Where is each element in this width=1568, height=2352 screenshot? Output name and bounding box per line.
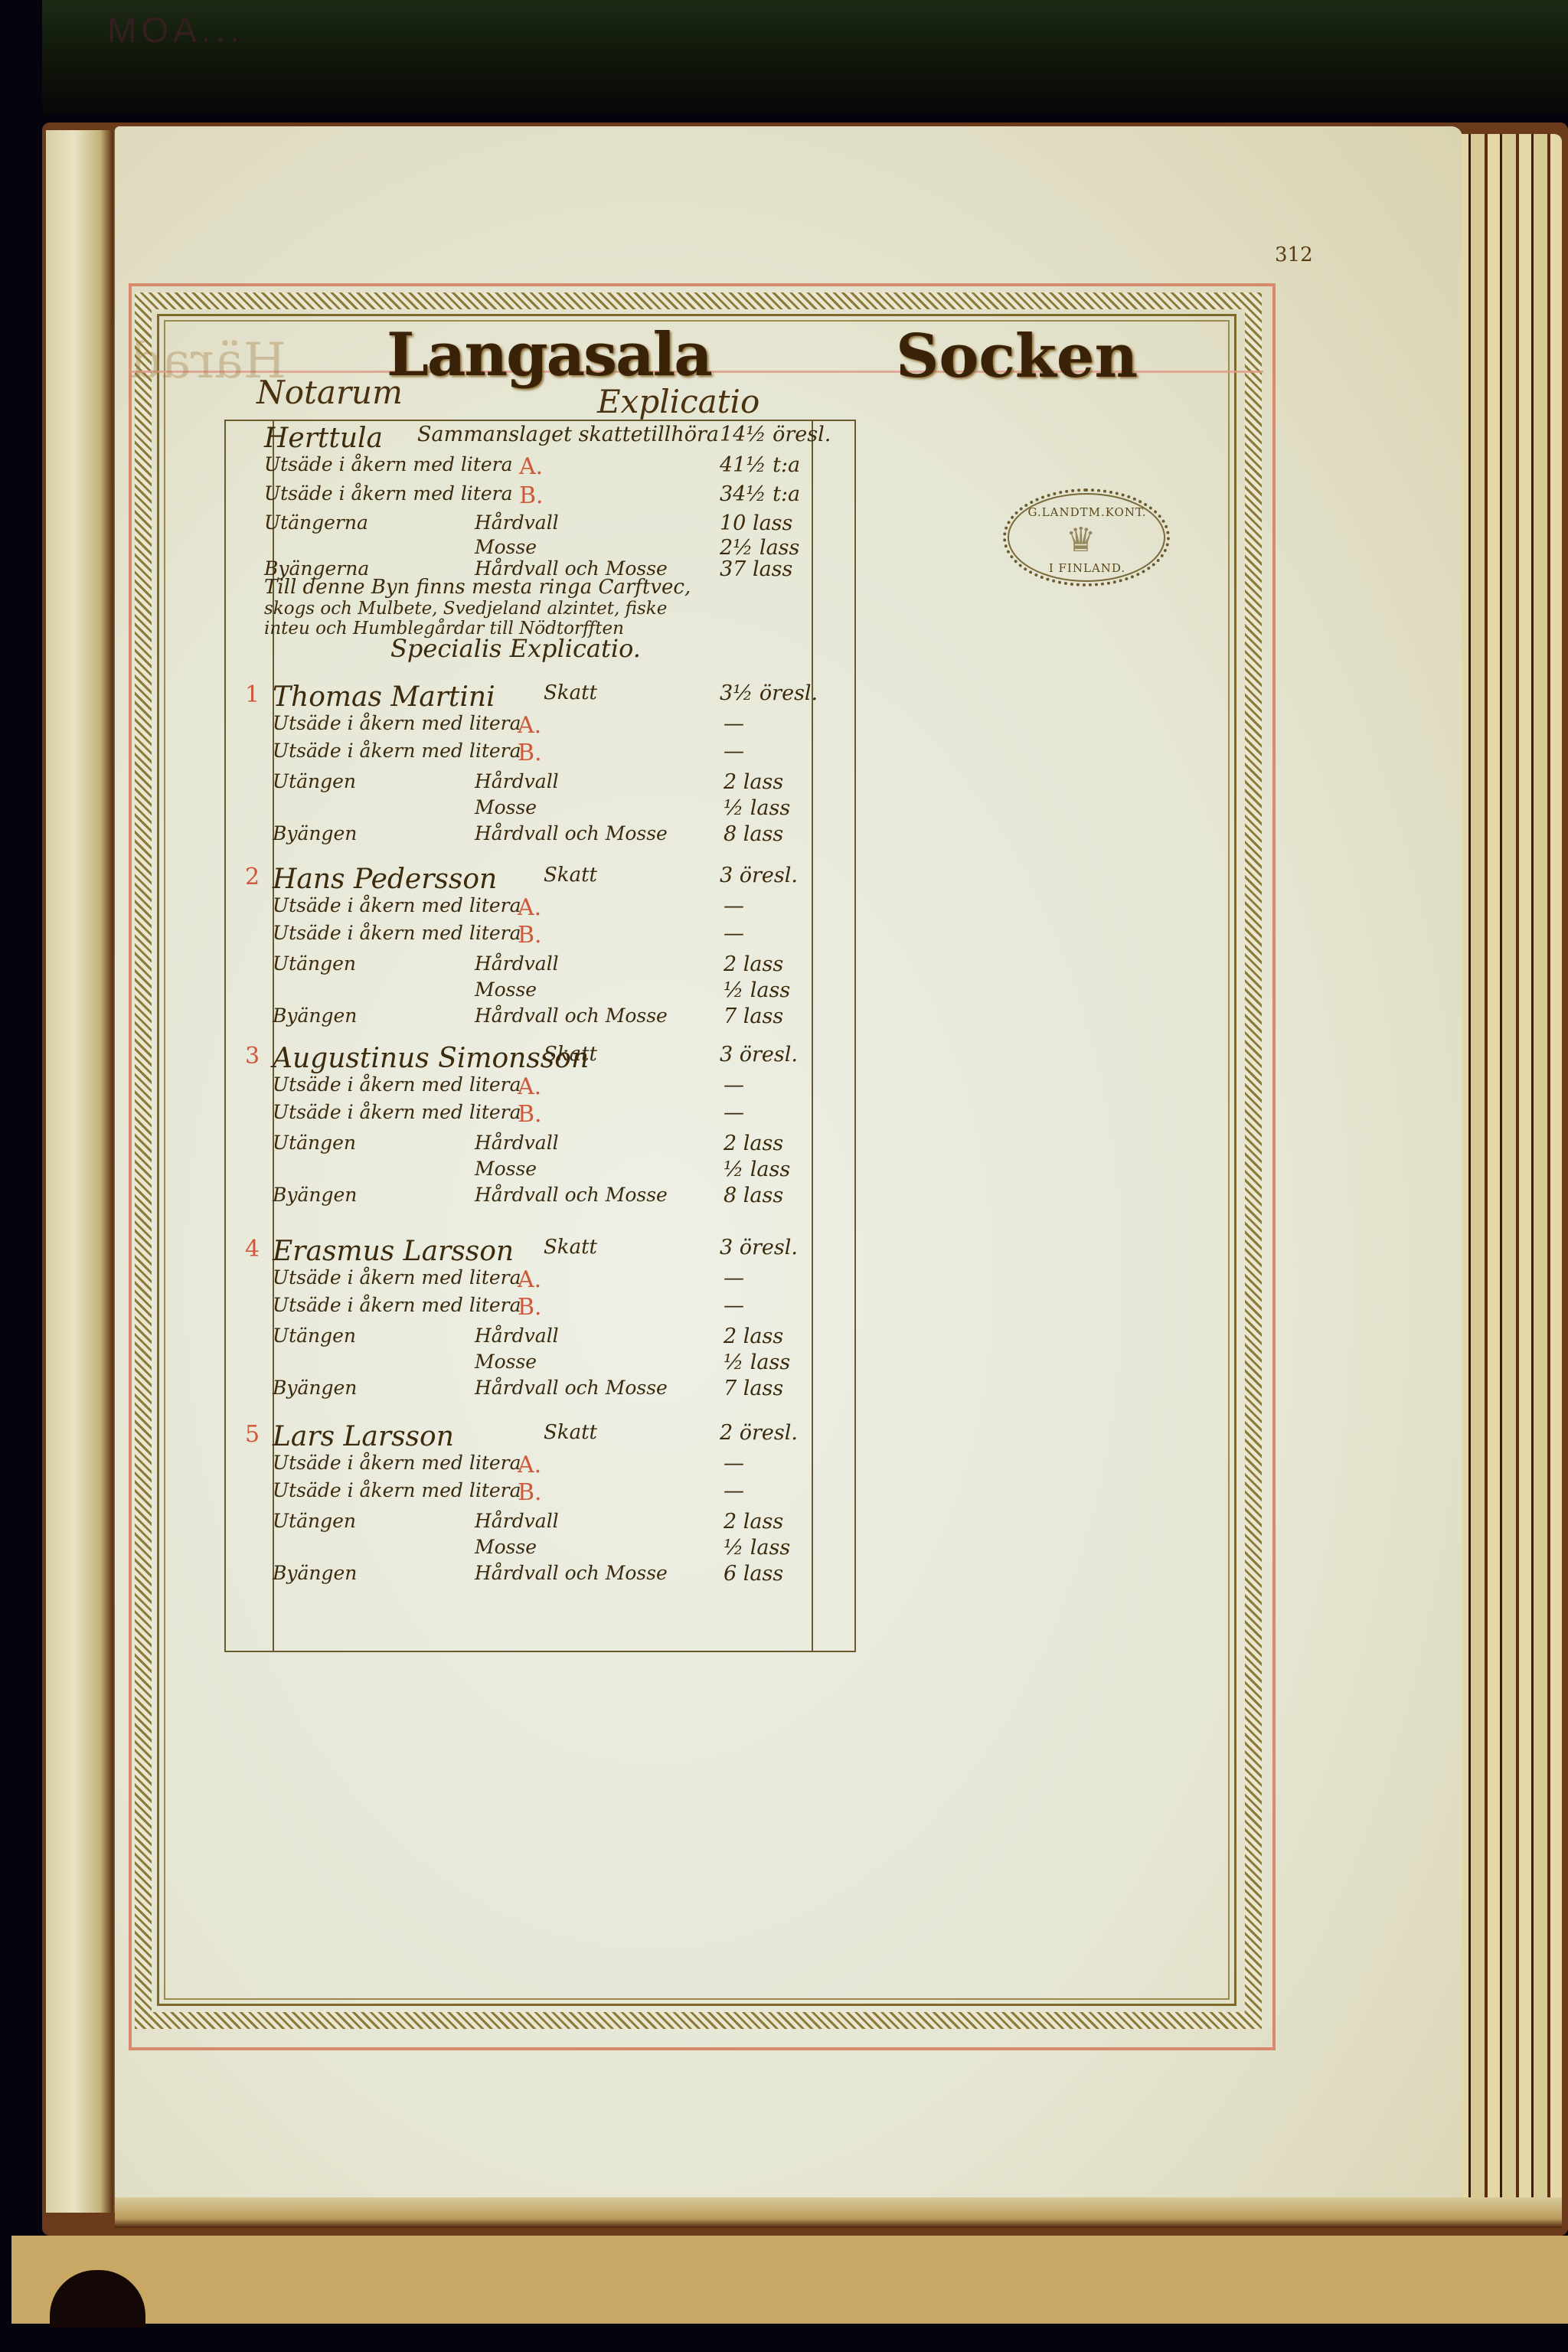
row-subcategory: Hårdvall (475, 952, 559, 975)
tenure-type: Skatt (544, 1236, 597, 1259)
archive-label: MOA... (107, 9, 244, 51)
row-subcategory: Mosse (475, 796, 537, 818)
entry-row: Utsäde i åkern med literaB.— (0, 1479, 1568, 1510)
row-value: — (724, 1266, 744, 1290)
row-subcategory: Hårdvall och Mosse (475, 1004, 668, 1027)
entry-row: Utsäde i åkern med literaB.— (0, 1294, 1568, 1325)
entry-row: ByängenHårdvall och Mosse6 lass (0, 1562, 1568, 1592)
farmer-name: Thomas Martini (273, 681, 495, 713)
summary-row: Utsäde i åkern med litera A. 41½ t:a (0, 453, 1568, 484)
summary-row: Herttula Sammanslaget skattetillhöra 14½… (0, 423, 1568, 453)
entry-number: 3 (245, 1043, 260, 1070)
row-subcategory: Mosse (475, 1158, 537, 1180)
entry-row: Utsäde i åkern med literaB.— (0, 922, 1568, 952)
row-label: Byängen (273, 1377, 357, 1399)
row-value: — (724, 1479, 744, 1503)
row-label: Utsäde i åkern med litera (273, 1452, 521, 1474)
parish-title: Langasala (387, 320, 711, 390)
row-value: ½ lass (724, 1351, 790, 1374)
row-value: ½ lass (724, 1158, 790, 1181)
page-bottom-edge (115, 2197, 1562, 2228)
row-subcategory: Hårdvall (475, 770, 559, 792)
entry-row: Utsäde i åkern med literaB.— (0, 740, 1568, 770)
row-value: — (724, 712, 744, 736)
entry-row: ByängenHårdvall och Mosse7 lass (0, 1377, 1568, 1407)
row-label: Utsäde i åkern med litera (273, 922, 521, 944)
farmer-name: Erasmus Larsson (273, 1236, 514, 1267)
entry-value: 3½ öresl. (720, 681, 818, 705)
column-header-notarum: Notarum (256, 374, 403, 411)
row-label: Utängen (273, 952, 356, 975)
row-subcategory: Mosse (475, 1536, 537, 1558)
row-subcategory: Hårdvall (475, 1510, 559, 1532)
row-value: 2 lass (724, 952, 783, 976)
tenure-type: Skatt (544, 1043, 597, 1066)
row-subcategory: Hårdvall (475, 1325, 559, 1347)
row-label: Utängen (273, 1325, 356, 1347)
row-label: Utsäde i åkern med litera (273, 1266, 521, 1289)
row-label: Byängen (273, 822, 357, 844)
row-label: Utsäde i åkern med litera (273, 894, 521, 916)
row-value: — (724, 740, 744, 763)
entry-row: Utsäde i åkern med literaA.— (0, 712, 1568, 743)
row-label: Byängen (273, 1184, 357, 1206)
litera-letter: B. (518, 1479, 542, 1506)
row-value: — (724, 1073, 744, 1097)
row-subcategory: Mosse (475, 1351, 537, 1373)
row-label: Byängen (273, 1004, 357, 1027)
row-value: 7 lass (724, 1377, 783, 1400)
row-value: — (724, 1294, 744, 1318)
row-label: Utsäde i åkern med litera (273, 1479, 521, 1501)
village-name: Herttula (264, 423, 383, 454)
summary-note: skogs och Mulbete, Svedjeland alzintet, … (264, 599, 667, 619)
entry-value: 3 öresl. (720, 1043, 798, 1067)
dark-backdrop (42, 0, 1568, 115)
row-subcategory: Hårdvall och Mosse (475, 1184, 668, 1206)
litera-letter: A. (518, 1452, 541, 1478)
litera-letter: B. (518, 922, 542, 949)
row-value: — (724, 922, 744, 946)
summary-note: Till denne Byn finns mesta ringa Carftve… (264, 576, 691, 599)
special-explicatio-heading: Specialis Explicatio. (390, 634, 641, 663)
row-subcategory: Hårdvall och Mosse (475, 1377, 668, 1399)
row-label: Utsäde i åkern med litera (273, 1101, 521, 1123)
entry-row: ByängenHårdvall och Mosse7 lass (0, 1004, 1568, 1035)
entry-number: 5 (245, 1421, 260, 1448)
entry-value: 3 öresl. (720, 864, 798, 887)
row-label: Utängen (273, 1510, 356, 1532)
entry-header-row: 3 Augustinus Simonsson Skatt 3 öresl. (0, 1043, 1568, 1073)
entry-row: ByängenHårdvall och Mosse8 lass (0, 822, 1568, 853)
row-label: Utängen (273, 1132, 356, 1154)
litera-letter: A. (518, 712, 541, 739)
row-subcategory: Hårdvall och Mosse (475, 1562, 668, 1584)
row-subcategory: Mosse (475, 978, 537, 1001)
entry-value: 3 öresl. (720, 1236, 798, 1259)
row-value: 8 lass (724, 1184, 783, 1207)
row-value: 2 lass (724, 1325, 783, 1348)
farmer-name: Hans Pedersson (273, 864, 497, 895)
litera-letter: A. (518, 894, 541, 921)
village-desc: Sammanslaget skattetillhöra (417, 423, 719, 446)
row-value: ½ lass (724, 1536, 790, 1560)
farmer-name: Augustinus Simonsson (273, 1043, 589, 1074)
row-subcategory: Hårdvall och Mosse (475, 822, 668, 844)
row-value: 2 lass (724, 1510, 783, 1534)
entry-row: Utsäde i åkern med literaA.— (0, 894, 1568, 925)
row-label: Utsäde i åkern med litera (273, 740, 521, 762)
entry-row: Utsäde i åkern med literaA.— (0, 1266, 1568, 1297)
entry-number: 1 (245, 681, 260, 708)
litera-letter: A. (518, 1266, 541, 1293)
village-value: 14½ öresl. (720, 423, 831, 446)
row-value: 8 lass (724, 822, 783, 846)
row-value: ½ lass (724, 796, 790, 820)
row-value: 2 lass (724, 770, 783, 794)
parish-title-suffix: Socken (896, 322, 1138, 391)
tenure-type: Skatt (544, 864, 597, 887)
litera-letter: B. (518, 740, 542, 766)
row-value: 6 lass (724, 1562, 783, 1586)
tenure-type: Skatt (544, 681, 597, 704)
column-header-explicatio: Explicatio (597, 383, 759, 420)
row-label: Utsäde i åkern med litera (273, 1073, 521, 1096)
row-label: Utsäde i åkern med litera (273, 1294, 521, 1316)
support-board (11, 2236, 1568, 2324)
entry-number: 2 (245, 864, 260, 890)
summary-row: Byängerna Hårdvall och Mosse 37 lass (0, 557, 1568, 588)
entry-value: 2 öresl. (720, 1421, 798, 1445)
row-value: 7 lass (724, 1004, 783, 1028)
entry-row: ByängenHårdvall och Mosse8 lass (0, 1184, 1568, 1214)
row-label: Byängen (273, 1562, 357, 1584)
litera-letter: B. (518, 1294, 542, 1321)
entry-header-row: 5 Lars Larsson Skatt 2 öresl. (0, 1421, 1568, 1452)
row-value: — (724, 1101, 744, 1125)
row-value: — (724, 1452, 744, 1475)
litera-letter: A. (518, 1073, 541, 1100)
row-value: — (724, 894, 744, 918)
row-label: Utsäde i åkern med litera (273, 712, 521, 734)
row-label: Utängen (273, 770, 356, 792)
entry-number: 4 (245, 1236, 260, 1263)
entry-header-row: 4 Erasmus Larsson Skatt 3 öresl. (0, 1236, 1568, 1266)
litera-letter: B. (518, 1101, 542, 1128)
entry-row: Utsäde i åkern med literaA.— (0, 1073, 1568, 1104)
row-value: ½ lass (724, 978, 790, 1002)
entry-row: Utsäde i åkern med literaB.— (0, 1101, 1568, 1132)
entry-header-row: 1 Thomas Martini Skatt 3½ öresl. (0, 681, 1568, 712)
row-subcategory: Hårdvall (475, 1132, 559, 1154)
entry-header-row: 2 Hans Pedersson Skatt 3 öresl. (0, 864, 1568, 894)
entry-row: Utsäde i åkern med literaA.— (0, 1452, 1568, 1482)
summary-row: Utsäde i åkern med litera B. 34½ t:a (0, 482, 1568, 513)
folio-number: 312 (1275, 243, 1313, 266)
tenure-type: Skatt (544, 1421, 597, 1444)
farmer-name: Lars Larsson (273, 1421, 454, 1452)
row-value: 2 lass (724, 1132, 783, 1155)
